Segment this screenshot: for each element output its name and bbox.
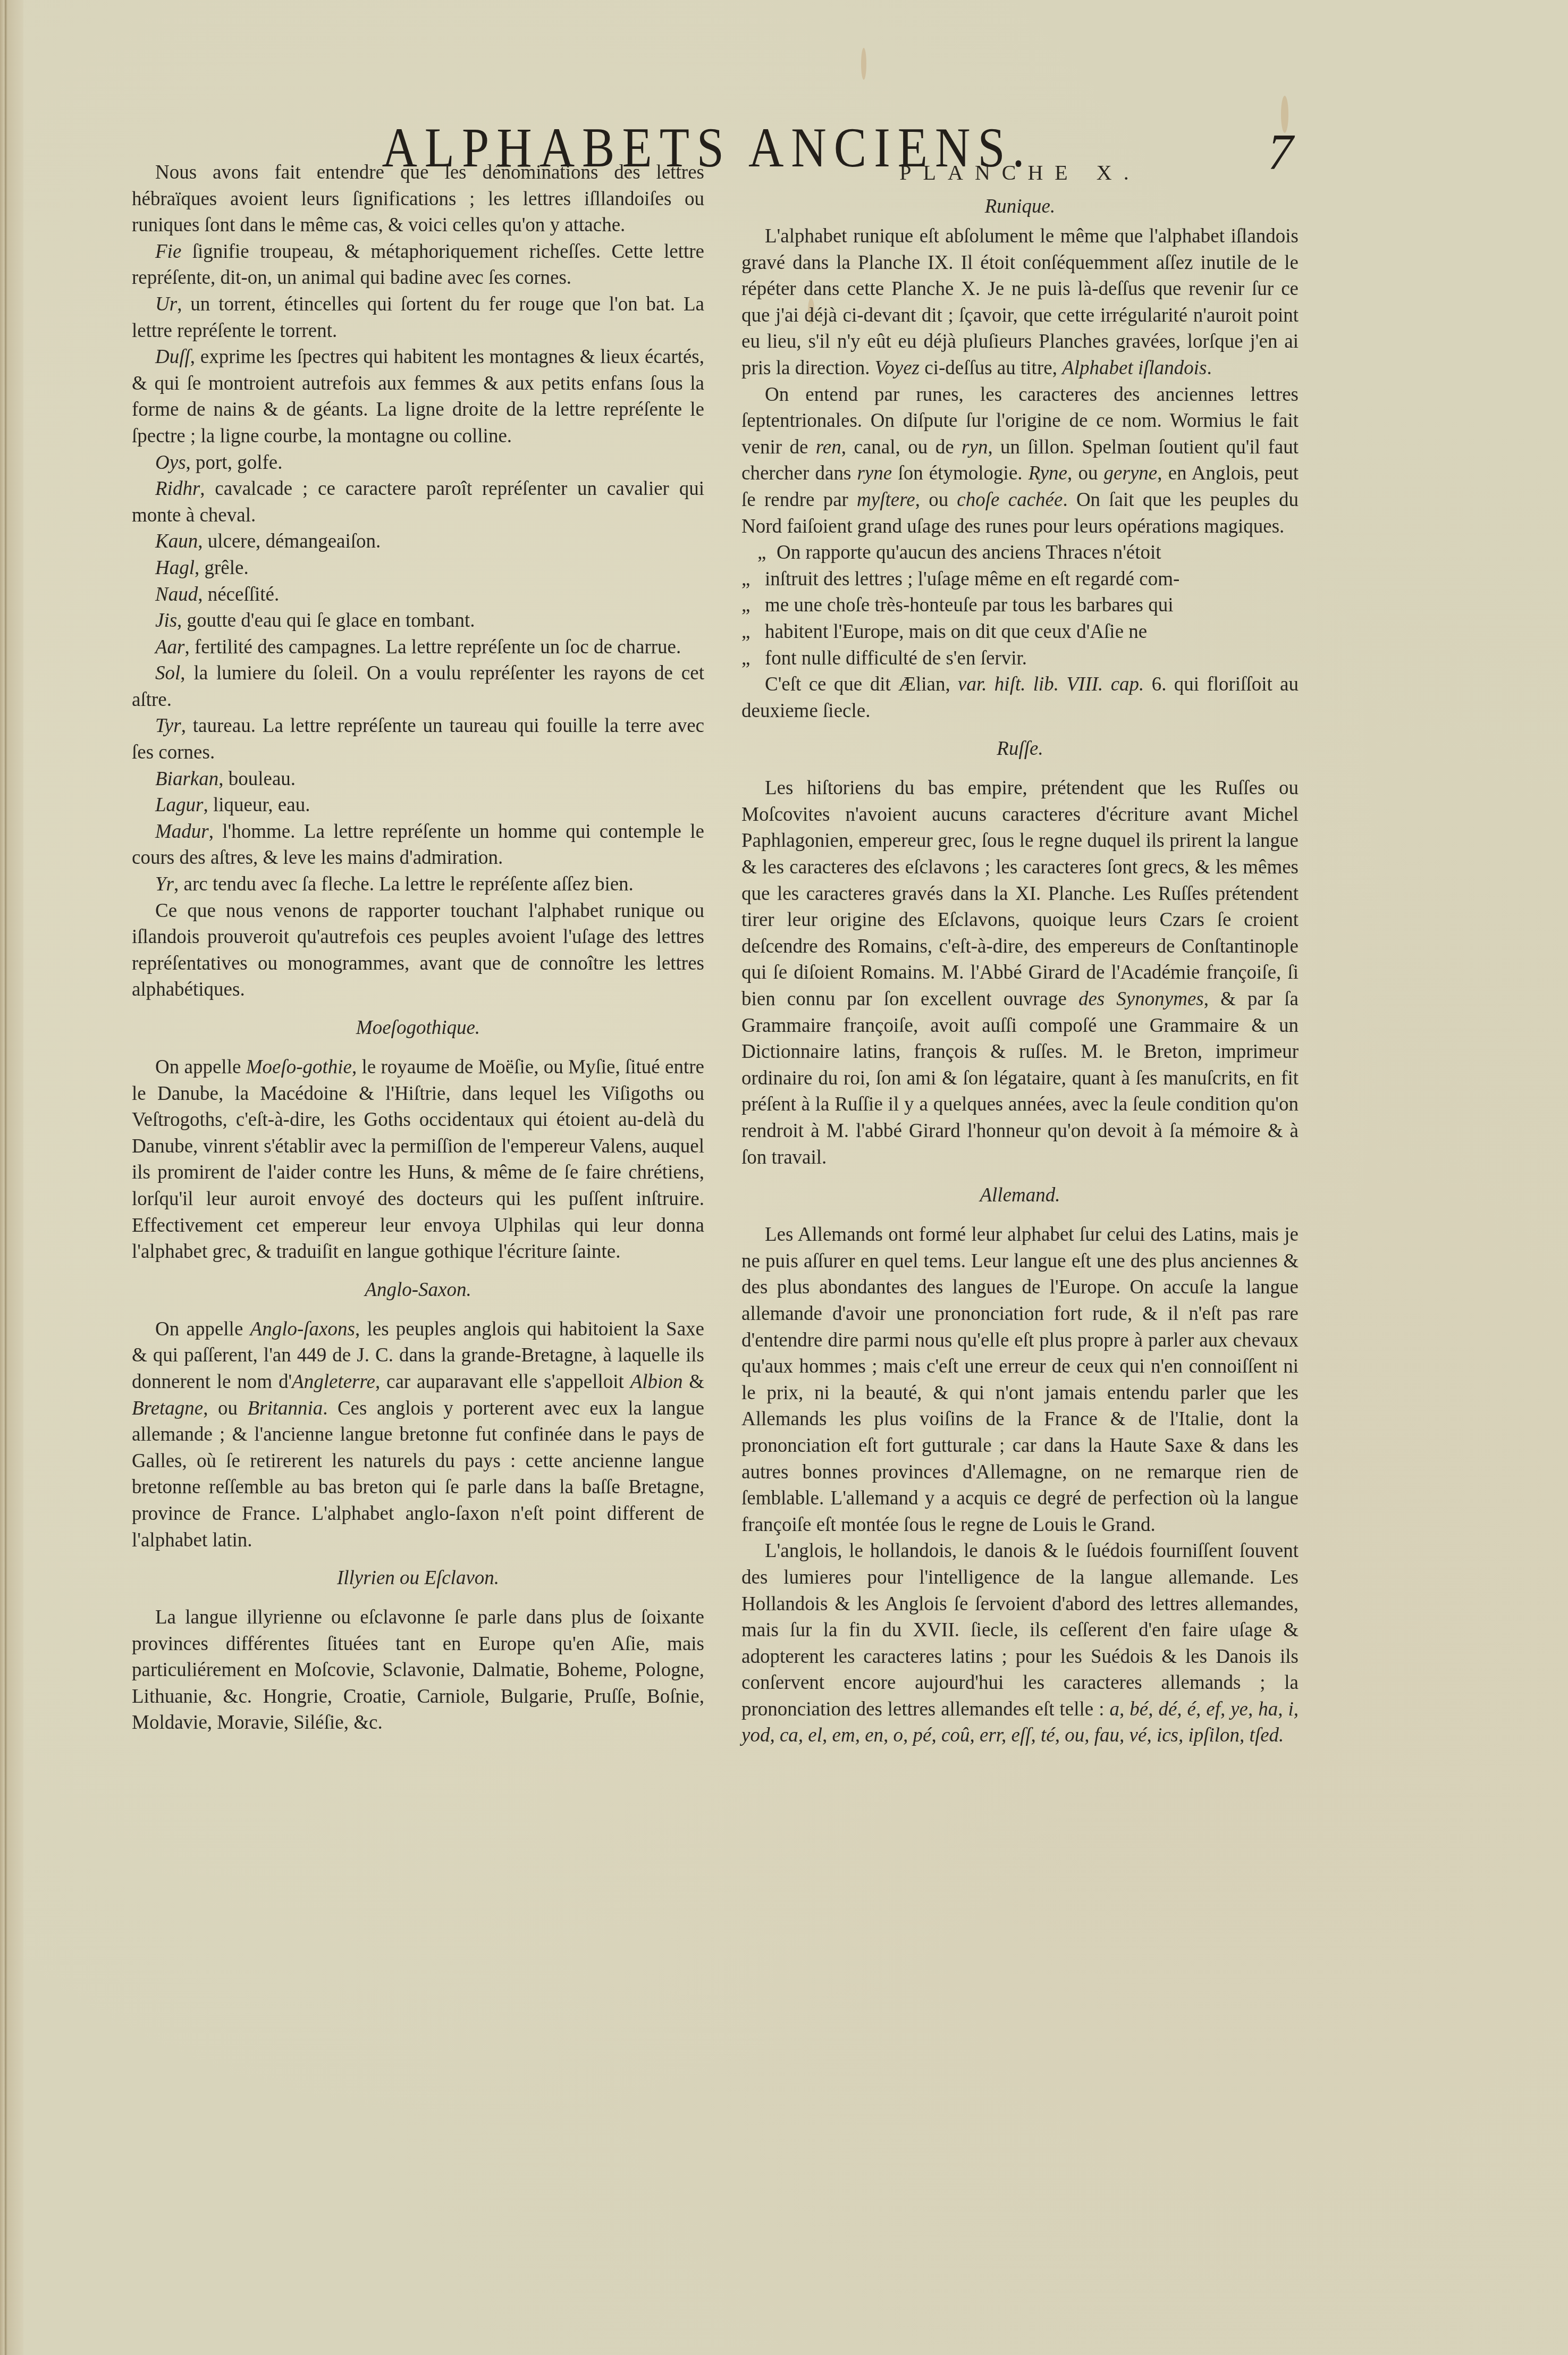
text: , le royaume de Moëſie, ou Myſie, ſitué … [132, 1056, 704, 1263]
rune-entry-duss: Duſſ, exprime les ſpectres qui habitent … [132, 344, 704, 449]
rune-name: Kaun [155, 531, 198, 552]
runic-conclusion: Ce que nous venons de rapporter touchant… [132, 898, 704, 1003]
section-heading-anglo-saxon: Anglo-Saxon. [132, 1277, 704, 1303]
rune-name: Fie [155, 241, 181, 263]
text: On appelle [155, 1056, 246, 1078]
text: ſon étymologie. [892, 462, 1028, 484]
allemand-paragraph-1: Les Allemands ont formé leur alphabet ſu… [741, 1222, 1299, 1538]
emphasis: Anglo-ſaxons [250, 1318, 355, 1340]
emphasis: Moeſo-gothie [246, 1056, 352, 1078]
rune-entry-jis: Jis, goutte d'eau qui ſe glace en tomban… [132, 608, 704, 634]
quote-line: „font nulle difficulté de s'en ſervir. [741, 645, 1299, 672]
rune-name: Hagl [155, 557, 195, 579]
quote-text: On rapporte qu'aucun des anciens Thraces… [777, 542, 1161, 563]
rune-entry-lagur: Lagur, liqueur, eau. [132, 792, 704, 819]
rune-meaning: , liqueur, eau. [203, 794, 310, 816]
quote-mark: „ [741, 540, 777, 566]
quote-mark: „ [741, 619, 765, 645]
plate-title: PLANCHE X. [741, 159, 1299, 186]
emphasis: ren [816, 436, 841, 458]
section-heading-moesogothique: Moeſogothique. [132, 1015, 704, 1041]
book-page: ALPHABETS ANCIENS. 7 Nous avons fait ent… [0, 0, 1568, 2355]
rune-entry-madur: Madur, l'homme. La lettre repréſente un … [132, 819, 704, 871]
text: Les hiſtoriens du bas empire, prétendent… [741, 777, 1299, 1010]
rune-meaning: , ulcere, démangeaiſon. [198, 531, 381, 552]
emphasis: Britannia [247, 1398, 323, 1419]
text: & [682, 1371, 704, 1393]
emphasis: geryne [1104, 462, 1158, 484]
emphasis: Alphabet iſlandois [1062, 357, 1207, 379]
russe-paragraph: Les hiſtoriens du bas empire, prétendent… [741, 775, 1299, 1171]
rune-entry-hagl: Hagl, grêle. [132, 555, 704, 582]
quote-text: me une choſe très-honteuſe par tous les … [765, 594, 1174, 616]
quote-line: „me une choſe très-honteuſe par tous les… [741, 592, 1299, 619]
rune-meaning: , un torrent, étincelles qui ſortent du … [132, 293, 704, 342]
emphasis: ryne [857, 462, 892, 484]
binding-edge [0, 0, 23, 2355]
section-heading-runique: Runique. [741, 194, 1299, 220]
rune-meaning: , taureau. La lettre repréſente un taure… [132, 715, 704, 763]
rune-name: Madur [155, 821, 209, 843]
rune-meaning: ſignifie troupeau, & métaphoriquement ri… [132, 241, 704, 289]
quote-mark: „ [741, 645, 765, 672]
left-column: Nous avons fait entendre que les dénomin… [132, 159, 704, 1736]
text: On appelle [155, 1318, 250, 1340]
rune-name: Aar [155, 636, 185, 658]
rune-name: Oys [155, 452, 186, 474]
emphasis: myſtere [857, 489, 915, 511]
text: , canal, ou de [841, 436, 962, 458]
rune-name: Naud [155, 584, 198, 605]
rune-name: Sol [155, 662, 180, 684]
rune-name: Jis [155, 610, 177, 632]
anglo-saxon-paragraph: On appelle Anglo-ſaxons, les peuples ang… [132, 1316, 704, 1553]
rune-meaning: , goutte d'eau qui ſe glace en tombant. [177, 610, 475, 632]
rune-meaning: , exprime les ſpectres qui habitent les … [132, 346, 704, 447]
quote-text: habitent l'Europe, mais on dit que ceux … [765, 621, 1147, 643]
emphasis: Angleterre [292, 1371, 375, 1393]
emphasis: Bretagne [132, 1398, 203, 1419]
paper-stain [861, 48, 866, 80]
text: . [1207, 357, 1212, 379]
section-heading-russe: Ruſſe. [741, 736, 1299, 762]
text: , ou [203, 1398, 247, 1419]
block-quote: „On rapporte qu'aucun des anciens Thrace… [741, 540, 1299, 671]
emphasis: Voyez [875, 357, 920, 379]
rune-entry-ur: Ur, un torrent, étincelles qui ſortent d… [132, 291, 704, 344]
text: , car auparavant elle s'appelloit [375, 1371, 630, 1393]
quote-mark: „ [741, 566, 765, 593]
rune-entry-naud: Naud, néceſſité. [132, 582, 704, 608]
rune-meaning: , cavalcade ; ce caractere paroît repréſ… [132, 478, 704, 526]
emphasis: ryn [962, 436, 988, 458]
quote-line: „habitent l'Europe, mais on dit que ceux… [741, 619, 1299, 645]
text: C'eſt ce que dit Ælian, [765, 674, 958, 695]
rune-meaning: , bouleau. [218, 768, 296, 790]
emphasis: Ryne [1029, 462, 1067, 484]
rune-name: Duſſ [155, 346, 190, 368]
quote-text: inſtruit des lettres ; l'uſage même en e… [765, 568, 1179, 590]
emphasis: des Synonymes [1078, 988, 1204, 1010]
rune-name: Lagur [155, 794, 203, 816]
rune-meaning: , la lumiere du ſoleil. On a voulu repré… [132, 662, 704, 711]
rune-entry-oys: Oys, port, golfe. [132, 450, 704, 476]
text: , & par ſa Grammaire françoiſe, avoit au… [741, 988, 1299, 1168]
illyrien-paragraph: La langue illyrienne ou eſclavonne ſe pa… [132, 1604, 704, 1736]
text: L'alphabet runique eſt abſolument le mêm… [741, 225, 1299, 379]
rune-name: Tyr [155, 715, 181, 737]
emphasis: Albion [630, 1371, 683, 1393]
rune-name: Ur [155, 293, 177, 315]
section-heading-allemand: Allemand. [741, 1182, 1299, 1209]
moesogothique-paragraph: On appelle Moeſo-gothie, le royaume de M… [132, 1054, 704, 1265]
text: . Ces anglois y porterent avec eux la la… [132, 1398, 704, 1551]
allemand-paragraph-2: L'anglois, le hollandois, le danois & le… [741, 1538, 1299, 1749]
rune-entry-tyr: Tyr, taureau. La lettre repréſente un ta… [132, 713, 704, 766]
text: , ou [1067, 462, 1104, 484]
rune-entry-aar: Aar, fertilité des campagnes. La lettre … [132, 634, 704, 661]
rune-meaning: , fertilité des campagnes. La lettre rep… [185, 636, 681, 658]
text: L'anglois, le hollandois, le danois & le… [741, 1540, 1299, 1720]
runique-paragraph-1: L'alphabet runique eſt abſolument le mêm… [741, 223, 1299, 382]
rune-meaning: , grêle. [195, 557, 249, 579]
quote-line: „inſtruit des lettres ; l'uſage même en … [741, 566, 1299, 593]
rune-entry-fie: Fie ſignifie troupeau, & métaphoriquemen… [132, 239, 704, 291]
rune-meaning: , néceſſité. [198, 584, 279, 605]
rune-entry-ridhr: Ridhr, cavalcade ; ce caractere paroît r… [132, 476, 704, 528]
right-column: PLANCHE X. Runique. L'alphabet runique e… [741, 159, 1299, 1749]
quote-text: font nulle difficulté de s'en ſervir. [765, 647, 1027, 669]
rune-name: Biarkan [155, 768, 218, 790]
emphasis: choſe cachée [957, 489, 1063, 511]
quote-mark: „ [741, 592, 765, 619]
citation-paragraph: C'eſt ce que dit Ælian, var. hiſt. lib. … [741, 671, 1299, 724]
quote-line: „On rapporte qu'aucun des anciens Thrace… [741, 540, 1299, 566]
emphasis: var. hiſt. lib. VIII. cap. [958, 674, 1144, 695]
rune-entry-yr: Yr, arc tendu avec ſa fleche. La lettre … [132, 871, 704, 898]
rune-entry-biarkan: Biarkan, bouleau. [132, 766, 704, 793]
rune-meaning: , arc tendu avec ſa fleche. La lettre le… [174, 873, 634, 895]
runique-paragraph-2: On entend par runes, les caracteres des … [741, 382, 1299, 540]
intro-paragraph: Nous avons fait entendre que les dénomin… [132, 159, 704, 239]
rune-meaning: , l'homme. La lettre repréſente un homme… [132, 821, 704, 869]
rune-entry-kaun: Kaun, ulcere, démangeaiſon. [132, 528, 704, 555]
section-heading-illyrien: Illyrien ou Eſclavon. [132, 1565, 704, 1592]
rune-name: Ridhr [155, 478, 200, 500]
rune-meaning: , port, golfe. [186, 452, 283, 474]
rune-name: Yr [155, 873, 174, 895]
rune-entry-sol: Sol, la lumiere du ſoleil. On a voulu re… [132, 660, 704, 713]
text: , ou [915, 489, 957, 511]
text: ci-deſſus au titre, [920, 357, 1062, 379]
